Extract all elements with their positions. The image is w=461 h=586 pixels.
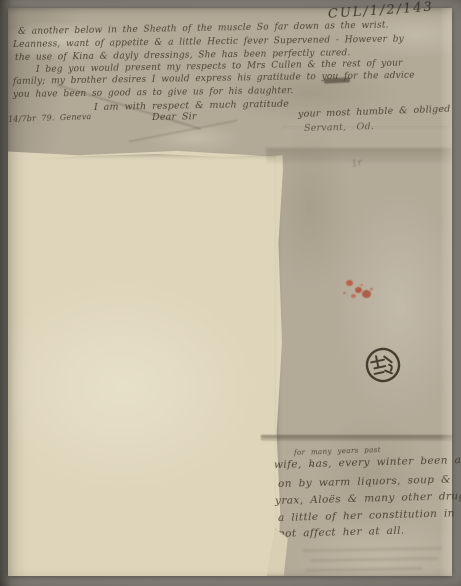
wax-stain [346,280,353,286]
circular-stamp-icon [360,342,405,387]
photo-background: CUL/1/2/143 & another below in the Sheat… [0,0,461,586]
letter-salutation: Dear Sir [152,111,197,123]
letter-signature: Servant, Od. [304,121,374,134]
letter-scan: CUL/1/2/143 & another below in the Sheat… [8,8,452,576]
folio-mark: 1r [351,158,363,170]
blank-front-page [10,154,276,576]
